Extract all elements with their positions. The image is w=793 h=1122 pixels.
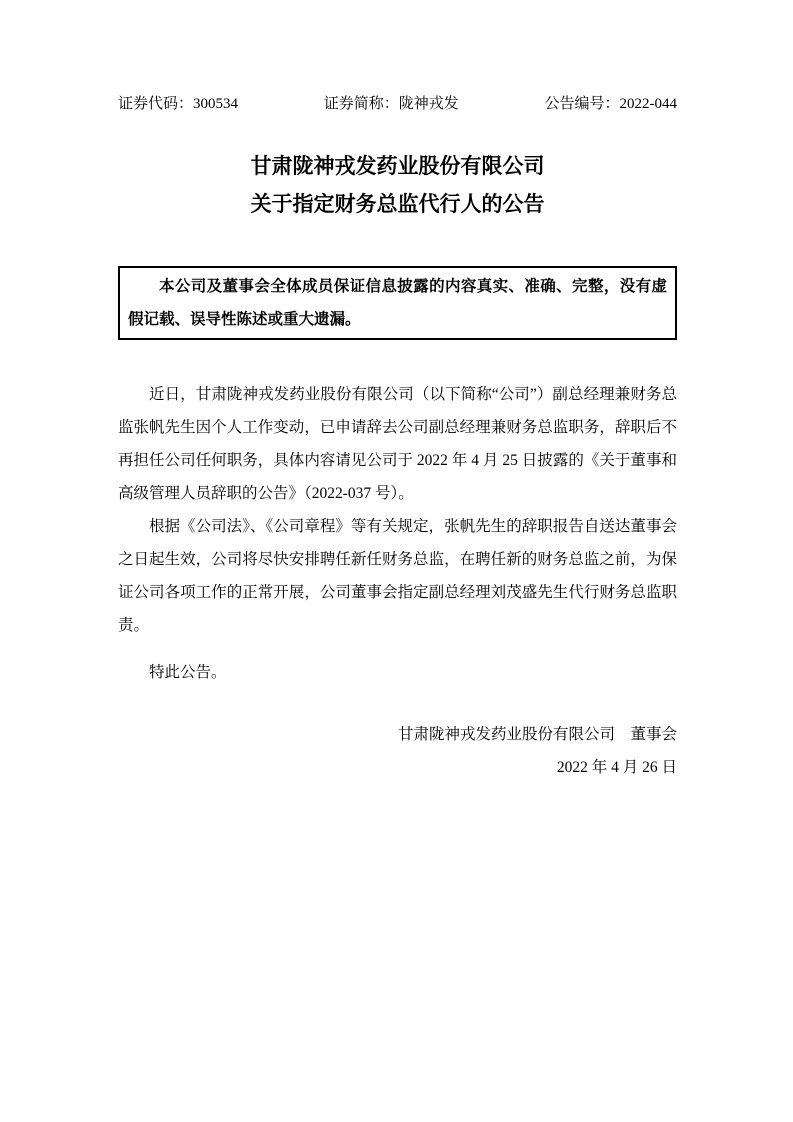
stock-short-name: 证券简称：陇神戎发 (324, 93, 459, 115)
stock-code: 证券代码：300534 (118, 93, 238, 115)
signature-date: 2022 年 4 月 26 日 (118, 751, 677, 784)
announcement-subject-title: 关于指定财务总监代行人的公告 (118, 185, 677, 223)
announcement-page: 证券代码：300534 证券简称：陇神戎发 公告编号：2022-044 甘肃陇神… (0, 0, 793, 1122)
disclaimer-text: 本公司及董事会全体成员保证信息披露的内容真实、准确、完整，没有虚假记载、误导性陈… (128, 278, 667, 328)
body-paragraph-1: 近日，甘肃陇神戎发药业股份有限公司（以下简称“公司”）副总经理兼财务总监张帆先生… (118, 378, 677, 510)
disclaimer-box: 本公司及董事会全体成员保证信息披露的内容真实、准确、完整，没有虚假记载、误导性陈… (118, 266, 677, 340)
body-paragraph-2: 根据《公司法》、《公司章程》等有关规定，张帆先生的辞职报告自送达董事会之日起生效… (118, 510, 677, 642)
signature-company: 甘肃陇神戎发药业股份有限公司 董事会 (118, 718, 677, 751)
announcement-number: 公告编号：2022-044 (545, 93, 678, 115)
closing-statement: 特此公告。 (118, 656, 677, 689)
document-title: 甘肃陇神戎发药业股份有限公司 关于指定财务总监代行人的公告 (118, 147, 677, 223)
signature-block: 甘肃陇神戎发药业股份有限公司 董事会 2022 年 4 月 26 日 (118, 718, 677, 784)
document-header: 证券代码：300534 证券简称：陇神戎发 公告编号：2022-044 (118, 93, 677, 115)
document-body: 近日，甘肃陇神戎发药业股份有限公司（以下简称“公司”）副总经理兼财务总监张帆先生… (118, 378, 677, 642)
company-name-title: 甘肃陇神戎发药业股份有限公司 (118, 147, 677, 185)
